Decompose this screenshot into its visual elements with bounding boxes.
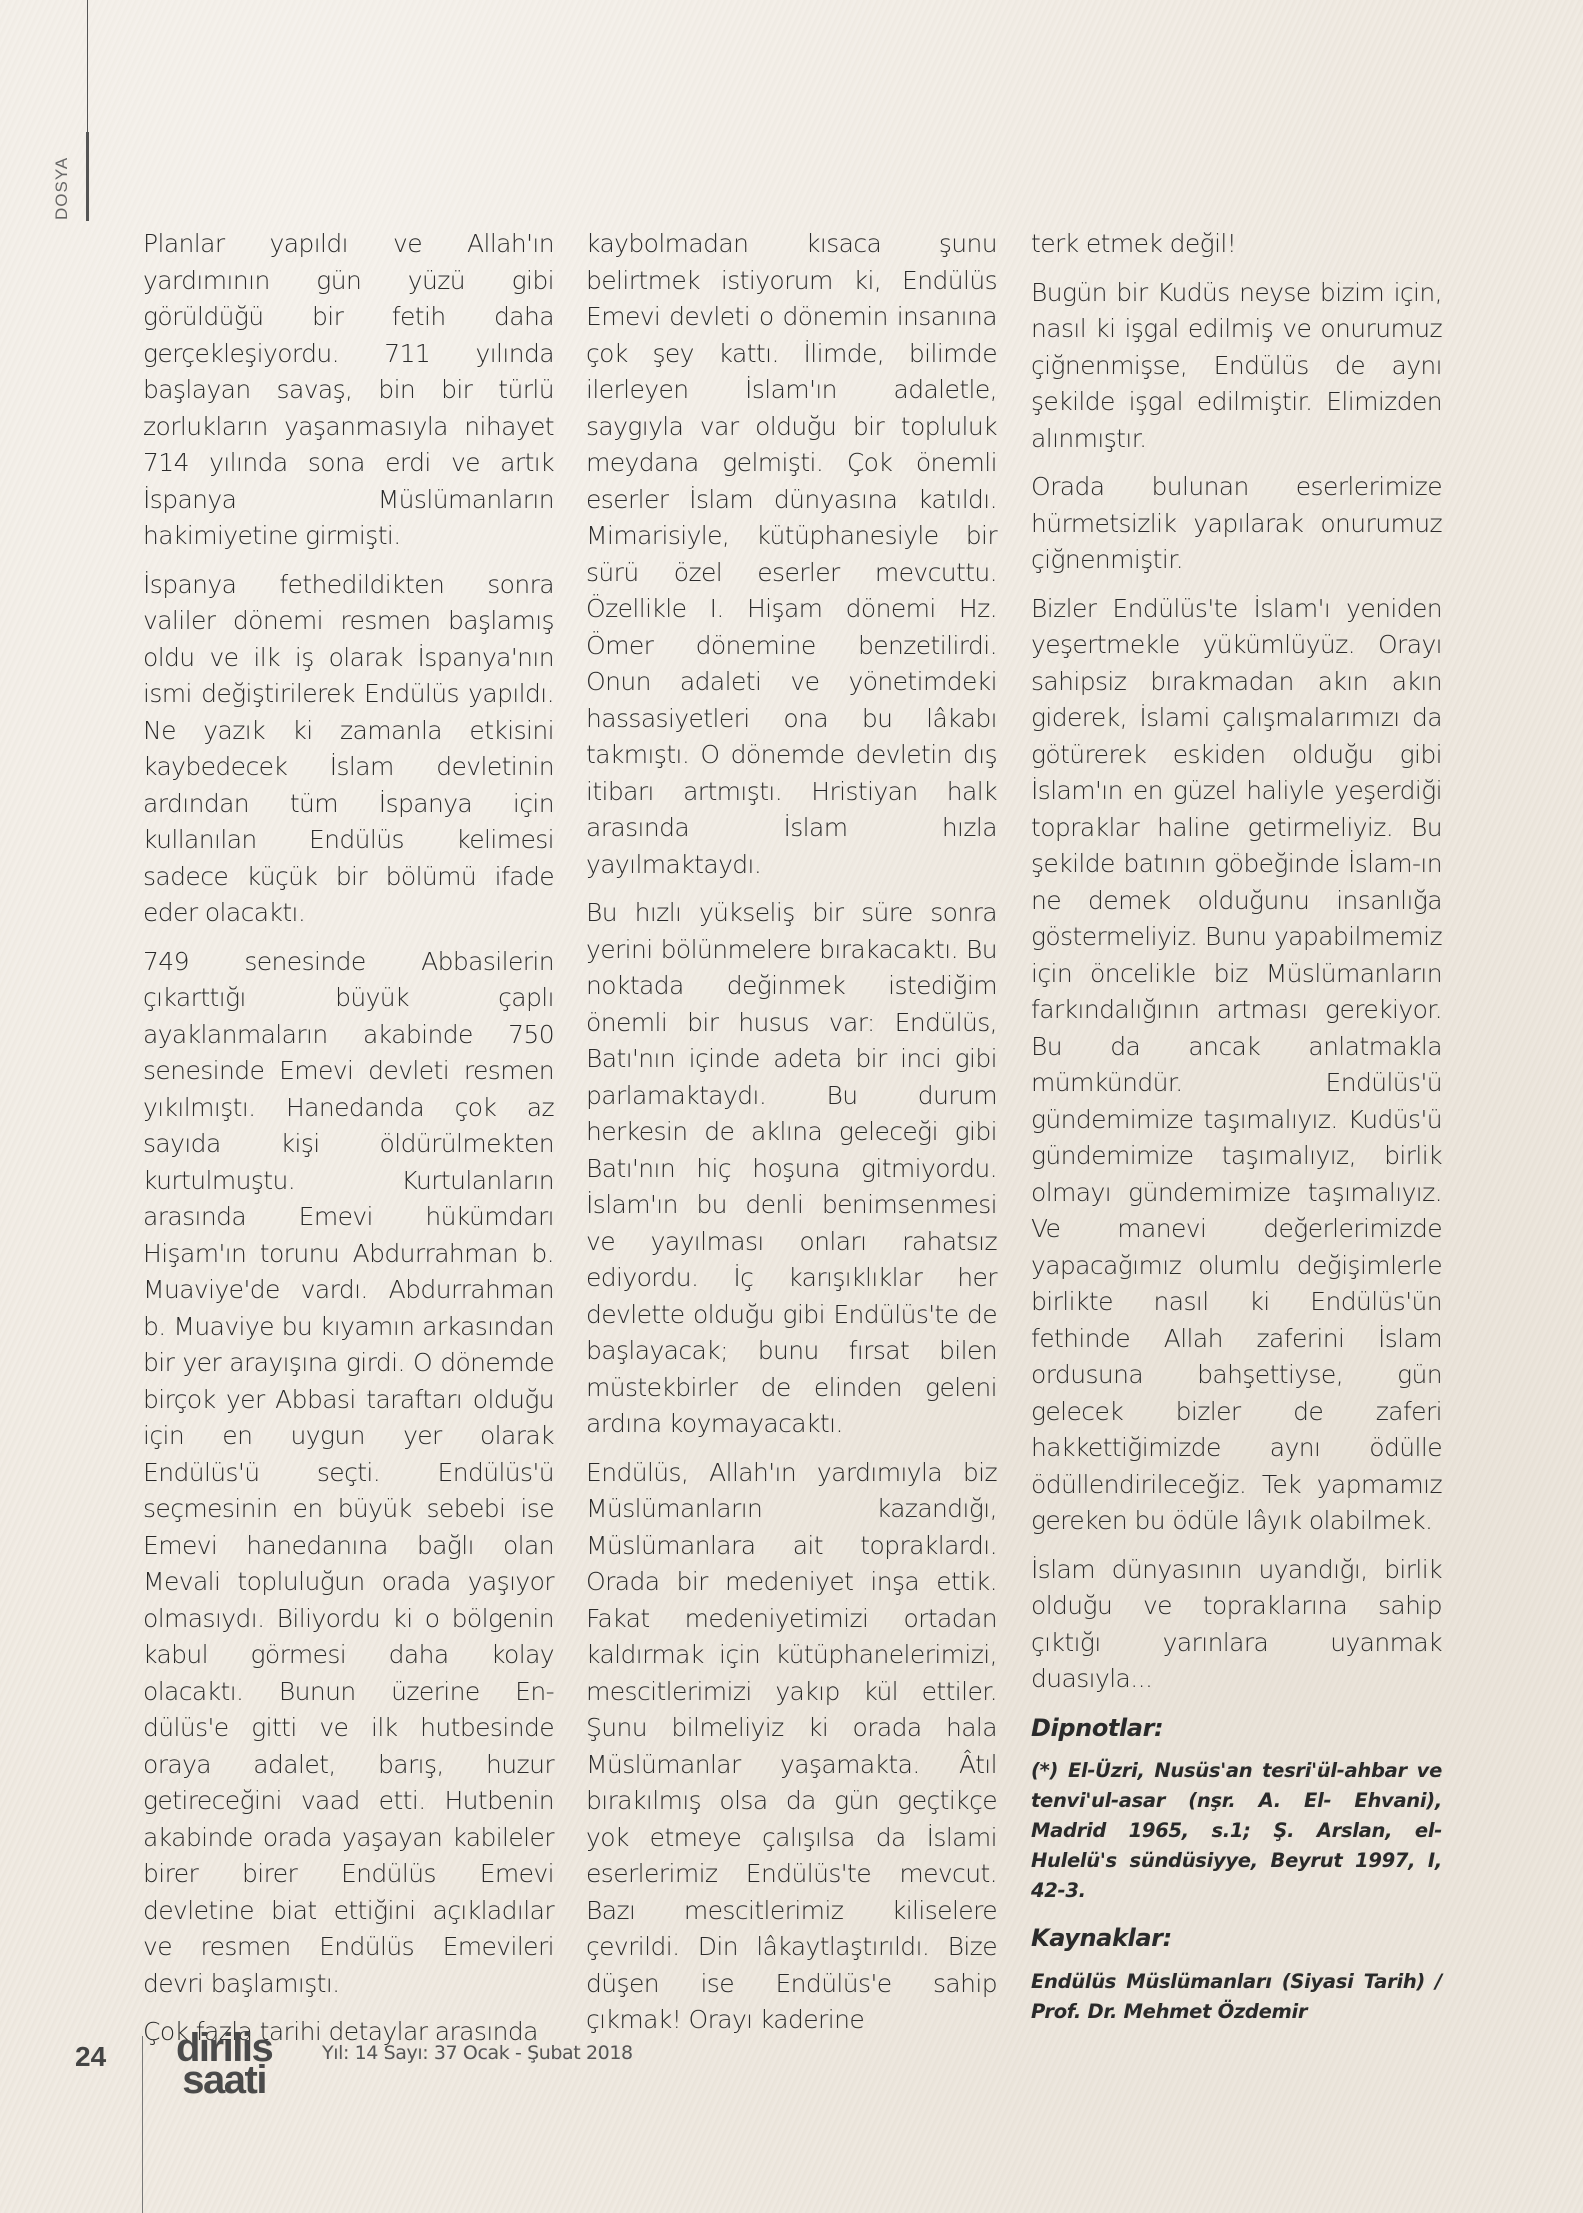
footnotes-heading: Dipnotlar: xyxy=(1031,1710,1442,1747)
paragraph: Endülüs, Allah'ın yardımıyla biz Müslüma… xyxy=(586,1455,997,2039)
page-number: 24 xyxy=(75,2041,106,2073)
article-column-1: Planlar yapıldı ve Allah'ın yardımının g… xyxy=(143,226,554,2063)
article-column-2: kaybolmadan kısaca şunu belirtmek istiyo… xyxy=(586,226,997,2051)
paragraph: Orada bulunan eserlerimize hürmetsizlik … xyxy=(1031,469,1442,579)
section-label: DOSYA xyxy=(52,157,72,220)
paragraph: kaybolmadan kısaca şunu belirtmek istiyo… xyxy=(586,226,997,883)
footnote-text: (*) El-Üzri, Nusüs'an tesri'ül-ahbar ve … xyxy=(1031,1756,1442,1906)
paragraph: terk etmek değil! xyxy=(1031,226,1442,263)
paragraph: Bizler Endülüs'te İslam'ı yeniden yeşert… xyxy=(1031,591,1442,1540)
paragraph: Bu hızlı yükseliş bir süre sonra yerini … xyxy=(586,895,997,1443)
footer-divider-line xyxy=(142,2036,143,2213)
section-marker-bar xyxy=(86,132,89,221)
paragraph: Planlar yapıldı ve Allah'ın yardımının g… xyxy=(143,226,554,555)
top-divider-line xyxy=(87,0,88,132)
magazine-logo: dirilis saati xyxy=(176,2032,272,2096)
sources-heading: Kaynaklar: xyxy=(1031,1920,1442,1957)
logo-line-2: saati xyxy=(176,2064,272,2096)
paragraph: İslam dünyasının uyandığı, birlik olduğu… xyxy=(1031,1552,1442,1698)
paragraph: Bugün bir Kudüs neyse bizim için, nasıl … xyxy=(1031,275,1442,458)
paragraph: 749 senesinde Abbasilerin çıkarttığı büy… xyxy=(143,944,554,2003)
source-text: Endülüs Müslümanları (Siyasi Tarih) / Pr… xyxy=(1031,1967,1442,2027)
paragraph: İspanya fethedildikten sonra valiler dön… xyxy=(143,567,554,932)
issue-info: Yıl: 14 Sayı: 37 Ocak - Şubat 2018 xyxy=(322,2042,633,2064)
article-column-3: terk etmek değil! Bugün bir Kudüs neyse … xyxy=(1031,226,1442,2041)
